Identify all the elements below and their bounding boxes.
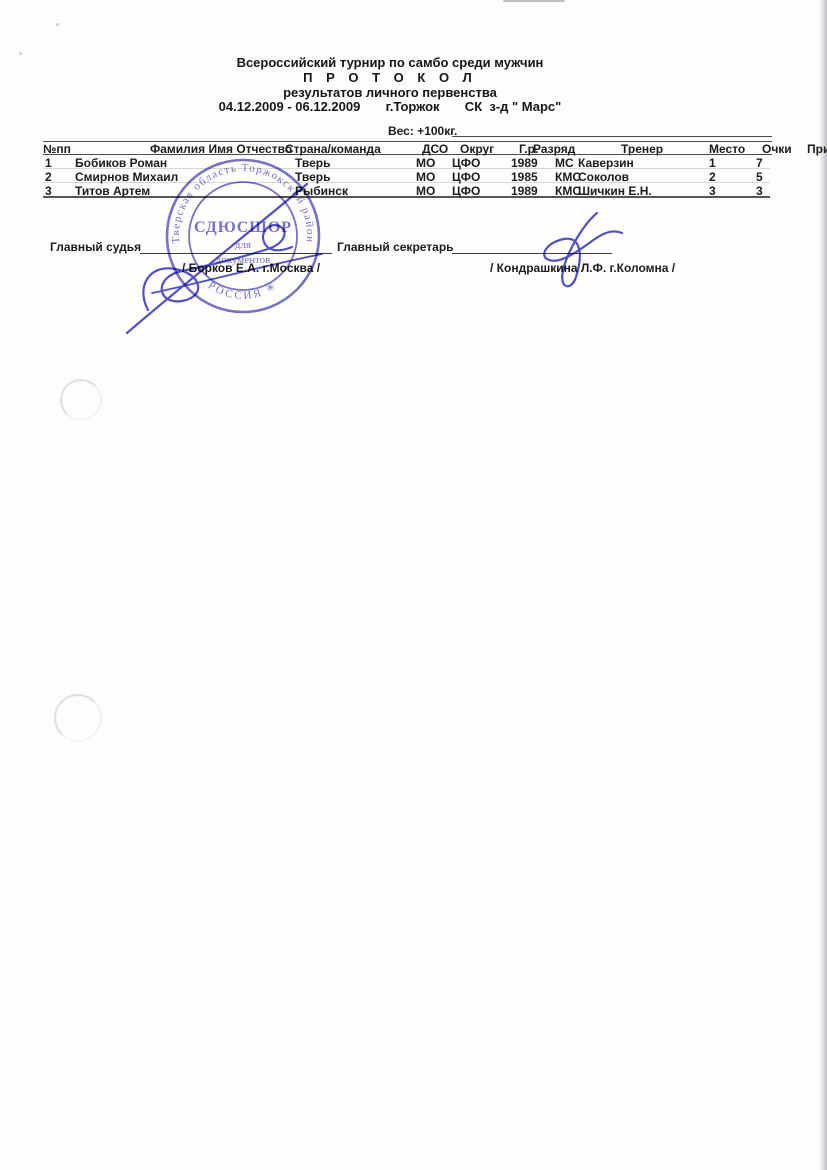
cell-trainer: Шичкин Е.Н.: [578, 184, 652, 198]
cell-trainer: Соколов: [578, 170, 629, 184]
rule-line: [452, 136, 772, 137]
chief-secretary-name: / Кондрашкина Л.Ф. г.Коломна /: [490, 261, 675, 275]
cell-trainer: Каверзин: [578, 156, 634, 170]
cell-year: 1989: [511, 184, 538, 198]
punch-hole-mark: [60, 379, 102, 421]
cell-okrug: ЦФО: [452, 156, 480, 170]
cell-okrug: ЦФО: [452, 184, 480, 198]
tournament-title: Всероссийский турнир по самбо среди мужч…: [0, 56, 780, 71]
cell-points: 3: [756, 184, 763, 198]
cell-points: 7: [756, 156, 763, 170]
cell-place: 2: [709, 170, 716, 184]
stamp-bottom-text: РОССИЯ ✳: [206, 279, 280, 302]
cell-num: 2: [45, 170, 52, 184]
document-header: Всероссийский турнир по самбо среди мужч…: [0, 56, 780, 115]
table-row: 2 Смирнов Михаил Тверь МО ЦФО 1985 КМС С…: [0, 170, 827, 184]
cell-okrug: ЦФО: [452, 170, 480, 184]
cell-year: 1989: [511, 156, 538, 170]
table-row: 1 Бобиков Роман Тверь МО ЦФО 1989 МС Кав…: [0, 156, 827, 170]
cell-rank: МС: [555, 156, 574, 170]
cell-team: Рыбинск: [295, 184, 348, 198]
scan-speck: [56, 23, 59, 26]
weight-class-label: Вес: +100кг.: [388, 124, 457, 138]
cell-place: 3: [709, 184, 716, 198]
judge-signature-stroke: [127, 184, 307, 333]
protocol-subtitle: результатов личного первенства: [0, 86, 780, 101]
header-dso: ДСО: [422, 142, 448, 156]
header-trainer: Тренер: [621, 142, 663, 156]
header-note: Прим: [807, 142, 827, 156]
scanned-protocol-document: Всероссийский турнир по самбо среди мужч…: [0, 0, 827, 1170]
cell-place: 1: [709, 156, 716, 170]
cell-points: 5: [756, 170, 763, 184]
cell-dso: МО: [416, 170, 435, 184]
scan-smudge: [503, 0, 565, 2]
scan-speck: [19, 52, 22, 55]
stamp-center-title: СДЮСШОР: [194, 219, 292, 236]
header-rank: Разряд: [533, 142, 575, 156]
cell-dso: МО: [416, 156, 435, 170]
cell-year: 1985: [511, 170, 538, 184]
cell-team: Тверь: [295, 170, 330, 184]
chief-judge-name: / Борков Е.А. г.Москва /: [182, 261, 320, 275]
header-place: Место: [709, 142, 745, 156]
cell-name: Титов Артем: [75, 184, 150, 198]
cell-num: 1: [45, 156, 52, 170]
cell-dso: МО: [416, 184, 435, 198]
cell-team: Тверь: [295, 156, 330, 170]
header-okrug: Округ: [460, 142, 494, 156]
secretary-signature-stroke: [544, 213, 622, 286]
date-place-line: 04.12.2009 - 06.12.2009 г.Торжок СК з-д …: [0, 100, 780, 115]
chief-judge-label: Главный судья: [50, 240, 141, 254]
chief-secretary-signature-line: [452, 253, 612, 254]
stamp-center-line2: для: [235, 239, 251, 251]
chief-secretary-label: Главный секретарь: [337, 240, 454, 254]
table-row: 3 Титов Артем Рыбинск МО ЦФО 1989 КМС Ши…: [0, 184, 827, 198]
cell-num: 3: [45, 184, 52, 198]
header-team: Страна/команда: [285, 142, 381, 156]
protocol-heading: П Р О Т О К О Л: [0, 71, 780, 86]
table-header-row: №пп Фамилия Имя Отчество Страна/команда …: [0, 142, 827, 154]
header-name: Фамилия Имя Отчество: [150, 142, 292, 156]
header-num: №пп: [43, 142, 71, 156]
cell-name: Смирнов Михаил: [75, 170, 178, 184]
punch-hole-mark: [54, 694, 102, 742]
header-points: Очки: [762, 142, 792, 156]
chief-judge-signature-line: [140, 253, 332, 254]
cell-name: Бобиков Роман: [75, 156, 167, 170]
